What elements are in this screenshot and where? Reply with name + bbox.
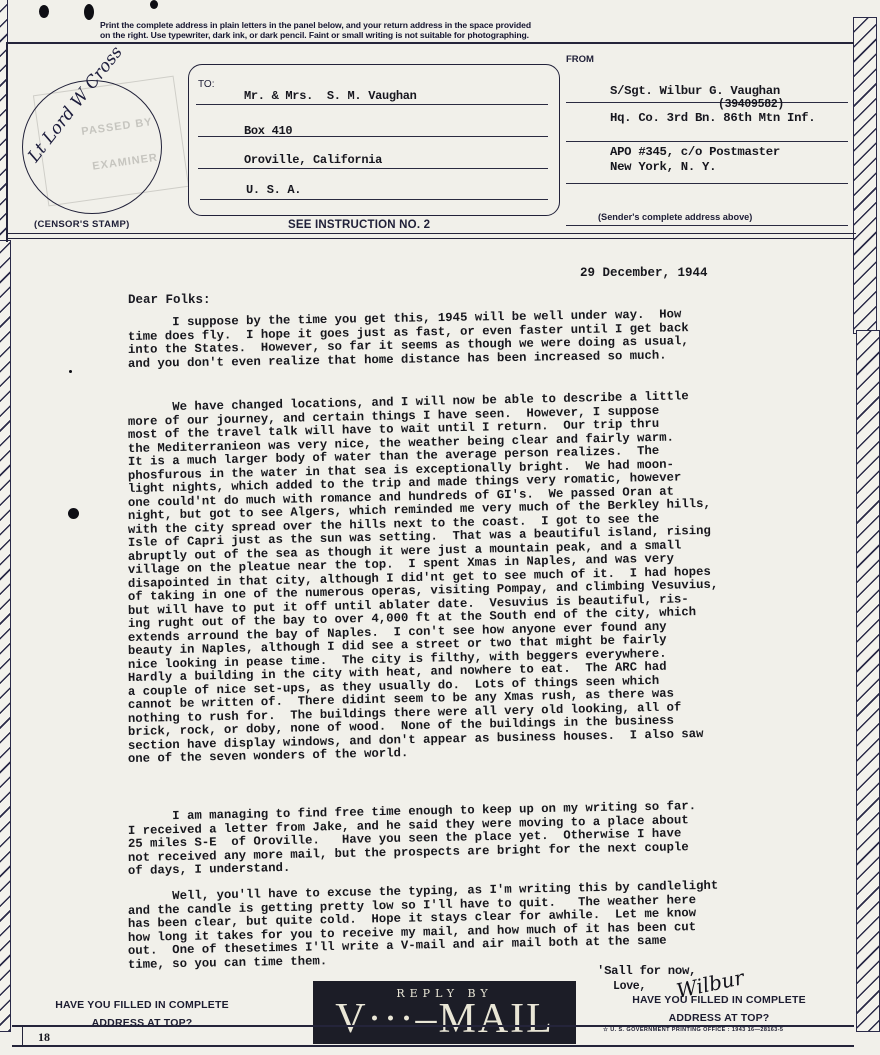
letter-paragraph: I suppose by the time you get this, 1945… bbox=[128, 317, 689, 371]
censor-stamp-label: (CENSOR'S STAMP) bbox=[34, 219, 130, 230]
reminder-line: ADDRESS AT TOP? bbox=[52, 1014, 232, 1032]
left-frame-line bbox=[6, 42, 8, 242]
hatched-border-right bbox=[853, 17, 877, 334]
form-instructions: Print the complete address in plain lett… bbox=[100, 20, 780, 40]
vmail-sheet: Print the complete address in plain lett… bbox=[0, 0, 880, 1055]
letter-paragraph: Well, you'll have to excuse the typing, … bbox=[128, 891, 718, 972]
address-reminder-left: HAVE YOU FILLED IN COMPLETE ADDRESS AT T… bbox=[52, 996, 232, 1032]
letter-paragraph: I am managing to find free time enough t… bbox=[128, 811, 696, 879]
footer-frame-line bbox=[22, 1025, 23, 1046]
reminder-line: HAVE YOU FILLED IN COMPLETE bbox=[52, 996, 232, 1014]
gpo-imprint: ☆ U. S. GOVERNMENT PRINTING OFFICE : 194… bbox=[603, 1027, 783, 1033]
see-instruction-label: SEE INSTRUCTION NO. 2 bbox=[288, 219, 430, 231]
sender-note: (Sender's complete address above) bbox=[598, 212, 752, 222]
address-rule bbox=[200, 199, 548, 200]
footer-rule bbox=[12, 1045, 854, 1047]
letter-date: 29 December, 1944 bbox=[580, 266, 708, 280]
recipient-line: U. S. A. bbox=[246, 183, 301, 197]
reply-by-vmail-banner: REPLY BY V···–MAIL bbox=[313, 981, 576, 1044]
hatched-border-left bbox=[0, 240, 11, 1032]
sender-line: New York, N. Y. bbox=[610, 160, 716, 174]
ink-blot bbox=[84, 4, 94, 20]
letter-salutation: Dear Folks: bbox=[128, 293, 211, 307]
sender-rule bbox=[566, 225, 848, 226]
address-rule bbox=[196, 104, 548, 105]
recipient-line: Oroville, California bbox=[244, 153, 382, 167]
panel-divider bbox=[8, 238, 856, 239]
sender-line: S/Sgt. Wilbur G. Vaughan bbox=[610, 84, 780, 98]
to-label: TO: bbox=[198, 79, 214, 90]
hatched-border-right-lower bbox=[856, 330, 880, 1032]
ink-blot bbox=[68, 508, 79, 519]
panel-divider bbox=[8, 233, 856, 234]
sender-rule bbox=[566, 141, 848, 142]
sender-line: Hq. Co. 3rd Bn. 86th Mtn Inf. bbox=[610, 111, 815, 125]
letter-closing: 'Sall for now, bbox=[597, 964, 696, 978]
instruction-line: Print the complete address in plain lett… bbox=[100, 20, 780, 30]
sender-line: APO #345, c/o Postmaster bbox=[610, 145, 780, 159]
address-rule bbox=[198, 136, 548, 137]
recipient-address-panel bbox=[188, 64, 560, 216]
ink-blot bbox=[39, 5, 49, 18]
recipient-line: Mr. & Mrs. S. M. Vaughan bbox=[244, 89, 417, 103]
sender-rule bbox=[566, 183, 848, 184]
ink-blot bbox=[150, 0, 158, 9]
sender-serial: (39409582) bbox=[718, 98, 784, 111]
address-rule bbox=[198, 168, 548, 169]
from-label: FROM bbox=[566, 54, 594, 65]
sender-rule bbox=[566, 102, 848, 103]
header-rule bbox=[6, 42, 854, 44]
ink-blot bbox=[69, 370, 72, 373]
vmail-logo: V···–MAIL bbox=[313, 999, 576, 1039]
instruction-line: on the right. Use typewriter, dark ink, … bbox=[100, 30, 780, 40]
page-number: 18 bbox=[38, 1030, 50, 1045]
reminder-line: HAVE YOU FILLED IN COMPLETE bbox=[598, 991, 840, 1009]
address-reminder-right: HAVE YOU FILLED IN COMPLETE ADDRESS AT T… bbox=[598, 991, 840, 1027]
letter-paragraph: We have changed locations, and I will no… bbox=[128, 402, 718, 767]
